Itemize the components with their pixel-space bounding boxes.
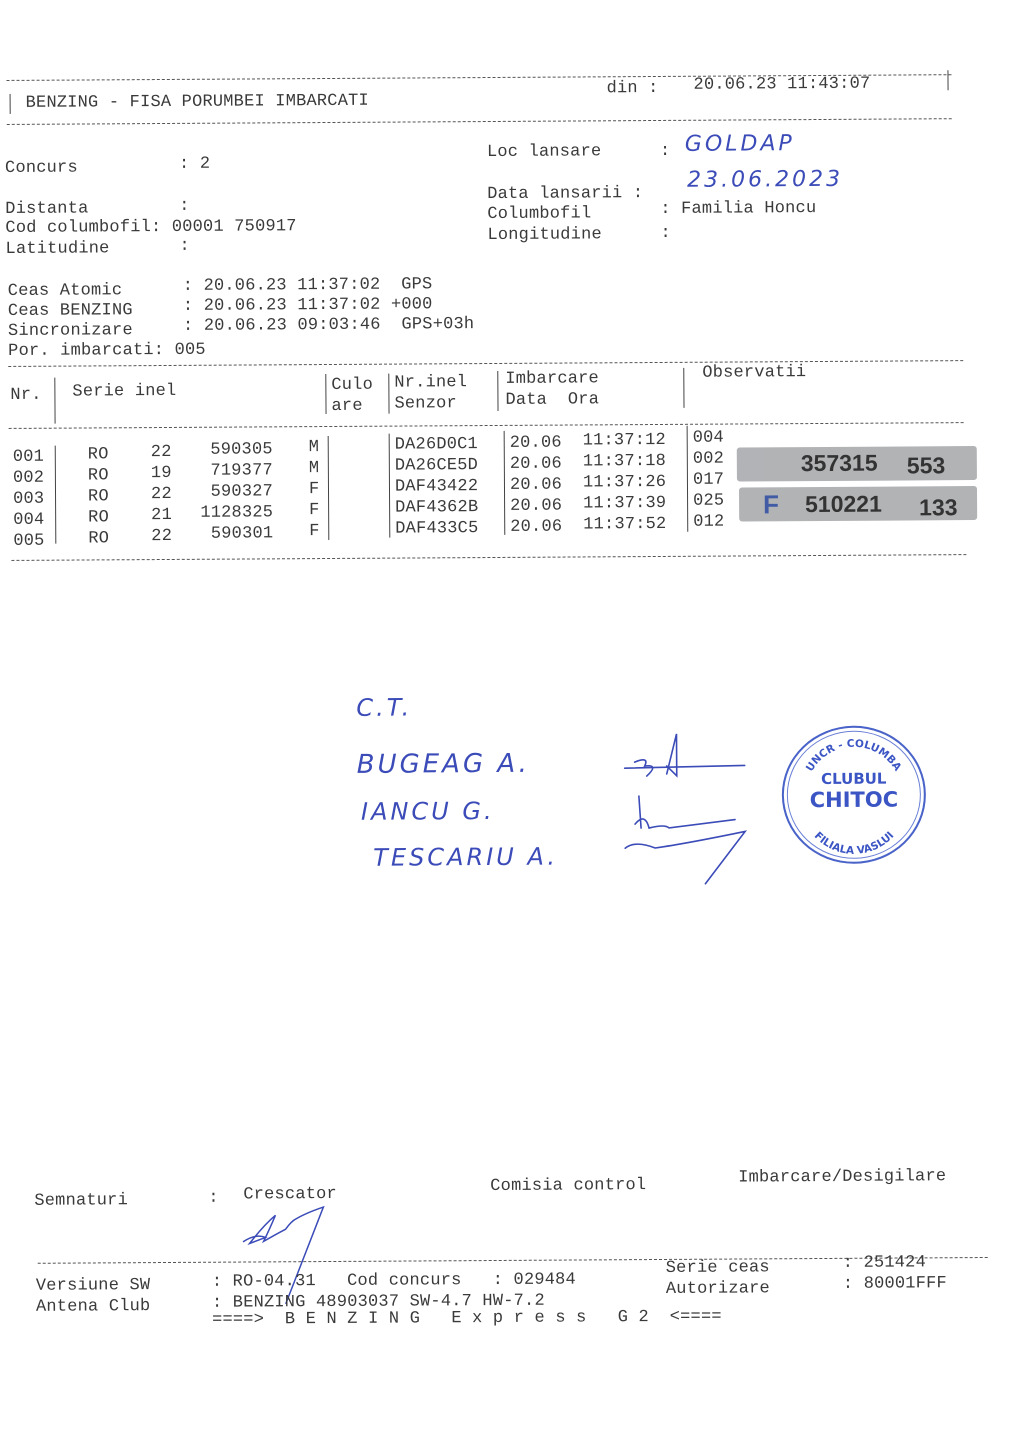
- latitude-label: Latitudine: [5, 239, 109, 260]
- seal-number: 510221: [805, 491, 882, 518]
- release-place-label: Loc lansare: [487, 142, 602, 163]
- cell-ora: 11:37:12: [583, 431, 666, 452]
- seal-sticker: F 510221 133: [739, 486, 977, 521]
- atomic-clock-label: Ceas Atomic: [8, 281, 123, 302]
- cell-ora: 11:37:18: [583, 452, 666, 473]
- cell-senzor: DA26D0C1: [395, 435, 478, 456]
- cell-country: RO: [88, 508, 109, 528]
- authorization-code: 80001FFF: [864, 1274, 947, 1294]
- release-place-colon: :: [660, 142, 671, 162]
- boarding-sheet: BENZING - FISA PORUMBEI IMBARCATI din : …: [0, 0, 1024, 1448]
- fancier-code-label: Cod columbofil: 00001 750917: [5, 217, 296, 239]
- table-top-divider: [8, 360, 963, 367]
- cell-year: 19: [151, 464, 172, 484]
- header-left-border: [10, 94, 11, 114]
- header-right-border: [947, 70, 948, 90]
- cell-data: 20.06: [510, 476, 562, 496]
- col-separator: [54, 378, 55, 424]
- col-header-observatii: Observatii: [702, 363, 806, 384]
- cell-nr: 001: [13, 448, 44, 468]
- header-bottom-divider: [7, 118, 952, 125]
- sw-version: RO-04.31: [233, 1272, 316, 1292]
- committee-heading: C.T.: [356, 693, 412, 721]
- cell-country: RO: [88, 529, 109, 549]
- cell-country: RO: [88, 466, 109, 486]
- benzing-clock-time: 20.06.23 11:37:02: [204, 296, 381, 316]
- pigeons-boarded-count: 005: [175, 341, 206, 360]
- cell-senzor: DAF43422: [395, 477, 478, 498]
- clock-serial-label: Serie ceas: [666, 1258, 770, 1279]
- cell-nr: 002: [13, 469, 44, 489]
- benzing-clock-value: : 20.06.23 11:37:02 +000: [183, 295, 433, 317]
- contest-code-value: 029484: [513, 1271, 576, 1290]
- seal-suffix: 133: [919, 494, 958, 521]
- cell-ora: 11:37:52: [583, 515, 666, 536]
- stamp-club-label: CLUBUL: [784, 769, 924, 788]
- cell-ring: 590305: [210, 440, 273, 460]
- col-header-nr: Nr.: [10, 386, 41, 406]
- clock-serial-value: : 251424: [843, 1253, 926, 1274]
- cell-obs: 012: [693, 513, 724, 533]
- cell-data: 20.06: [510, 434, 562, 454]
- committee-member-name: TESCARIU A.: [373, 843, 558, 872]
- svg-text:FILIALA VASLUI: FILIALA VASLUI: [812, 829, 897, 857]
- release-date-label: Data lansarii :: [487, 184, 643, 205]
- cell-nr: 003: [13, 490, 44, 510]
- latitude-colon: :: [179, 237, 190, 257]
- document-title: BENZING - FISA PORUMBEI IMBARCATI: [26, 92, 369, 114]
- boarding-unsealing-label: Imbarcare/Desigilare: [738, 1167, 946, 1188]
- distance-label: Distanta: [5, 199, 88, 220]
- cell-sex: F: [309, 480, 320, 500]
- issued-datetime: 20.06.23 11:43:07: [693, 75, 870, 96]
- col-separator: [497, 371, 498, 411]
- cell-data: 20.06: [510, 497, 562, 517]
- table-header-divider: [9, 422, 964, 429]
- release-place-value: GOLDAP: [685, 131, 795, 157]
- signatures-colon: :: [208, 1189, 219, 1209]
- col-header-imbarcare-2: Data Ora: [505, 390, 599, 411]
- cell-nr: 004: [13, 511, 44, 531]
- col-separator: [504, 431, 506, 535]
- seal-number: 357315: [801, 450, 878, 477]
- col-separator: [55, 446, 57, 544]
- col-separator: [389, 434, 391, 538]
- atomic-clock-time: 20.06.23 11:37:02: [204, 276, 381, 296]
- col-separator: [328, 436, 330, 540]
- control-committee-label: Comisia control: [490, 1176, 646, 1197]
- longitude-label: Longitudine: [487, 225, 602, 246]
- fancier-name: Familia Honcu: [681, 199, 816, 219]
- col-header-culoare-2: are: [331, 397, 362, 417]
- col-separator: [683, 368, 684, 408]
- sync-label: Sincronizare: [8, 321, 133, 342]
- fancier-value: : Familia Honcu: [660, 199, 816, 220]
- seal-prefix: F: [763, 489, 779, 520]
- antenna-label: Antena Club: [36, 1297, 151, 1318]
- cell-senzor: DAF433C5: [395, 519, 478, 540]
- cell-sex: F: [309, 501, 320, 521]
- committee-member-name: BUGEAG A.: [357, 749, 530, 780]
- clock-serial: 251424: [863, 1253, 926, 1272]
- sync-value: : 20.06.23 09:03:46 GPS+03h: [183, 315, 474, 337]
- cell-sex: M: [309, 438, 320, 458]
- authorization-value: : 80001FFF: [843, 1274, 947, 1295]
- cell-ring: 590327: [211, 482, 274, 502]
- cell-ring: 1128325: [200, 503, 273, 523]
- distance-colon: :: [179, 197, 190, 217]
- authorization-label: Autorizare: [666, 1279, 770, 1300]
- col-separator: [687, 426, 689, 532]
- cell-obs: 004: [693, 429, 724, 449]
- col-separator: [325, 374, 326, 414]
- cell-year: 22: [151, 485, 172, 505]
- cell-obs: 017: [693, 471, 724, 491]
- cell-senzor: DA26CE5D: [395, 456, 478, 477]
- cell-year: 22: [151, 527, 172, 547]
- cell-ora: 11:37:39: [583, 494, 666, 515]
- device-banner: ====> B E N Z I N G E x p r e s s G 2 <=…: [212, 1308, 722, 1331]
- sync-time: 20.06.23 09:03:46: [204, 316, 381, 336]
- cell-obs: 002: [693, 450, 724, 470]
- col-header-culoare-1: Culo: [331, 376, 373, 396]
- stamp-club-name: CHITOC: [784, 787, 924, 812]
- sync-source: GPS+03h: [401, 315, 474, 334]
- cell-ring: 719377: [210, 461, 273, 481]
- pigeons-boarded-label-text: Por. imbarcati: [8, 341, 154, 361]
- cell-year: 22: [151, 443, 172, 463]
- cell-sex: M: [309, 459, 320, 479]
- col-header-imbarcare-1: Imbarcare: [505, 369, 599, 390]
- table-bottom-divider: [11, 554, 966, 561]
- issued-label: din :: [606, 79, 658, 99]
- cell-year: 21: [151, 506, 172, 526]
- sw-version-value: : RO-04.31 Cod concurs : 029484: [212, 1271, 576, 1293]
- benzing-clock-label: Ceas BENZING: [8, 301, 133, 322]
- fancier-code-value: 00001 750917: [172, 217, 297, 237]
- cell-obs: 025: [693, 492, 724, 512]
- release-date-label-text: Data lansarii: [487, 184, 622, 204]
- col-header-senzor-2: Senzor: [394, 394, 457, 414]
- sw-version-label: Versiune SW: [36, 1276, 151, 1297]
- cell-data: 20.06: [510, 455, 562, 475]
- col-header-senzor-1: Nr.inel: [394, 373, 467, 393]
- contest-number: 2: [200, 155, 211, 174]
- club-stamp: UNCR - COLUMBA FILIALA VASLUI CLUBUL CHI…: [781, 725, 926, 864]
- cell-country: RO: [88, 445, 109, 465]
- signatures-label: Semnaturi: [34, 1191, 128, 1212]
- longitude-colon: :: [660, 224, 671, 244]
- cell-country: RO: [88, 487, 109, 507]
- contest-label: Concurs: [5, 159, 78, 179]
- col-header-serie: Serie inel: [72, 382, 176, 403]
- committee-member-name: IANCU G.: [361, 797, 495, 826]
- benzing-clock-offset: +000: [391, 295, 433, 314]
- cell-ring: 590301: [211, 524, 274, 544]
- cell-nr: 005: [13, 532, 44, 552]
- atomic-clock-source: GPS: [401, 275, 432, 294]
- col-separator: [388, 374, 389, 414]
- cell-senzor: DAF4362B: [395, 498, 478, 519]
- fancier-code-label-text: Cod columbofil: [5, 218, 151, 238]
- seal-suffix: 553: [907, 452, 946, 479]
- atomic-clock-value: : 20.06.23 11:37:02 GPS: [183, 275, 433, 297]
- cell-sex: F: [309, 522, 320, 542]
- contest-code-label: Cod concurs: [347, 1271, 462, 1291]
- seal-sticker: 357315 553: [737, 446, 977, 481]
- cell-data: 20.06: [510, 518, 562, 538]
- pigeons-boarded-label: Por. imbarcati: 005: [8, 341, 206, 362]
- cell-ora: 11:37:26: [583, 473, 666, 494]
- contest-value: : 2: [179, 155, 210, 175]
- release-date-value: 23.06.2023: [687, 167, 843, 193]
- committee-signatures-icon: [604, 715, 785, 896]
- fancier-label: Columbofil: [487, 204, 591, 225]
